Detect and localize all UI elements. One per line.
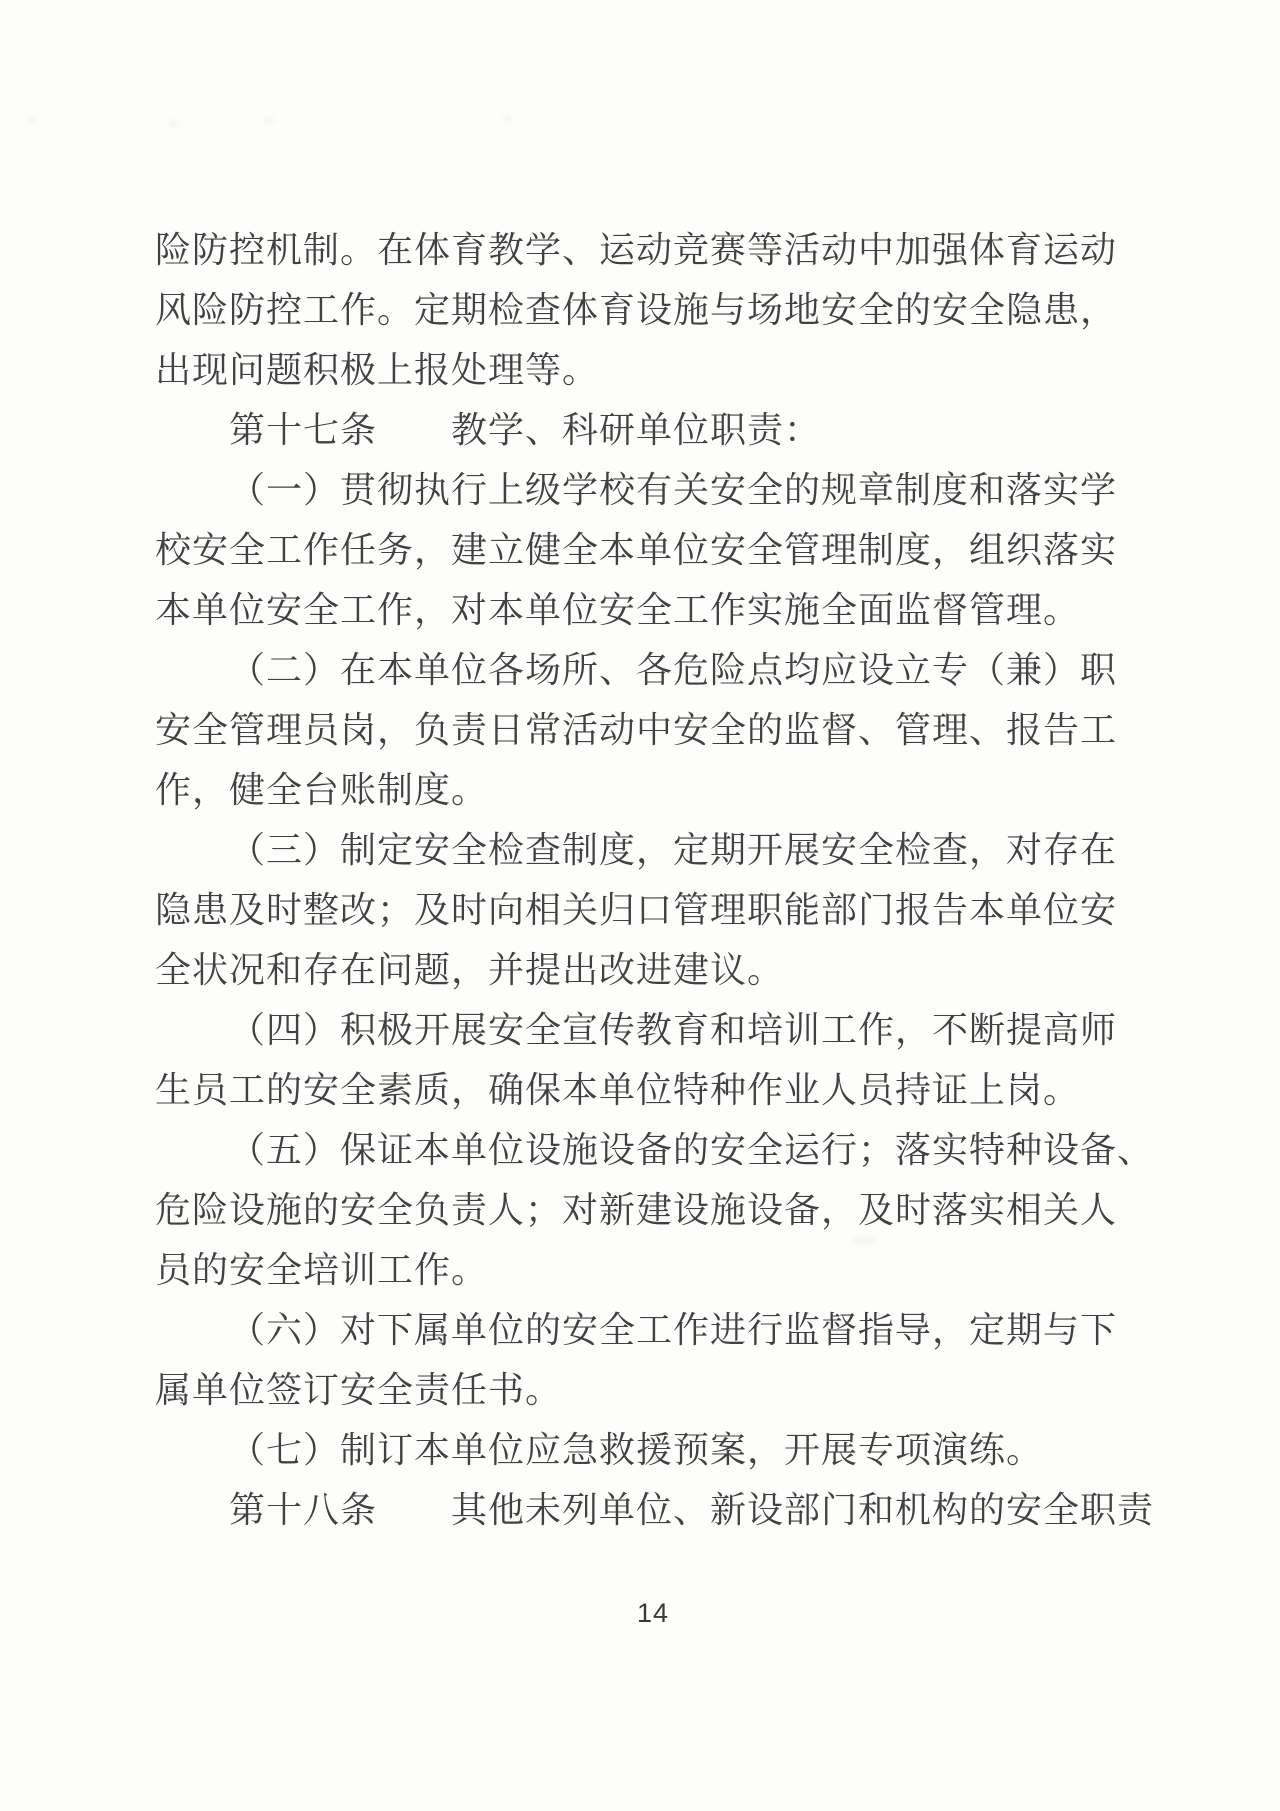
text-line: 危险设施的安全负责人；对新建设施设备，及时落实相关人 (155, 1180, 1145, 1240)
text-line: 全状况和存在问题，并提出改进建议。 (155, 940, 1145, 1000)
text-line: 出现问题积极上报处理等。 (155, 340, 1145, 400)
text-line: 风险防控工作。定期检查体育设施与场地安全的安全隐患， (155, 280, 1145, 340)
paper-smudge (168, 120, 178, 127)
page-number: 14 (13, 1598, 1280, 1629)
text-line: （六）对下属单位的安全工作进行监督指导，定期与下 (155, 1300, 1145, 1360)
text-line: （三）制定安全检查制度，定期开展安全检查，对存在 (155, 820, 1145, 880)
document-body: 险防控机制。在体育教学、运动竞赛等活动中加强体育运动 风险防控工作。定期检查体育… (155, 220, 1145, 1540)
text-line: （一）贯彻执行上级学校有关安全的规章制度和落实学 (155, 460, 1145, 520)
text-line: 校安全工作任务，建立健全本单位安全管理制度，组织落实 (155, 520, 1145, 580)
paper-smudge (502, 115, 512, 122)
text-line: 第十七条 教学、科研单位职责： (155, 400, 1145, 460)
text-line: （二）在本单位各场所、各危险点均应设立专（兼）职 (155, 640, 1145, 700)
page: 险防控机制。在体育教学、运动竞赛等活动中加强体育运动 风险防控工作。定期检查体育… (0, 0, 1280, 1811)
text-line: 本单位安全工作，对本单位安全工作实施全面监督管理。 (155, 580, 1145, 640)
text-line: （五）保证本单位设施设备的安全运行；落实特种设备、 (155, 1120, 1145, 1180)
paper-smudge (263, 117, 274, 124)
text-line: 生员工的安全素质，确保本单位特种作业人员持证上岗。 (155, 1060, 1145, 1120)
text-line: 属单位签订安全责任书。 (155, 1360, 1145, 1420)
text-line: 隐患及时整改；及时向相关归口管理职能部门报告本单位安 (155, 880, 1145, 940)
text-line: 员的安全培训工作。 (155, 1240, 1145, 1300)
text-line: 作，健全台账制度。 (155, 760, 1145, 820)
text-line: （四）积极开展安全宣传教育和培训工作，不断提高师 (155, 1000, 1145, 1060)
text-line: （七）制订本单位应急救援预案，开展专项演练。 (155, 1420, 1145, 1480)
text-line: 第十八条 其他未列单位、新设部门和机构的安全职责 (155, 1480, 1145, 1540)
text-line: 安全管理员岗，负责日常活动中安全的监督、管理、报告工 (155, 700, 1145, 760)
text-line: 险防控机制。在体育教学、运动竞赛等活动中加强体育运动 (155, 220, 1145, 280)
paper-smudge (26, 116, 38, 124)
